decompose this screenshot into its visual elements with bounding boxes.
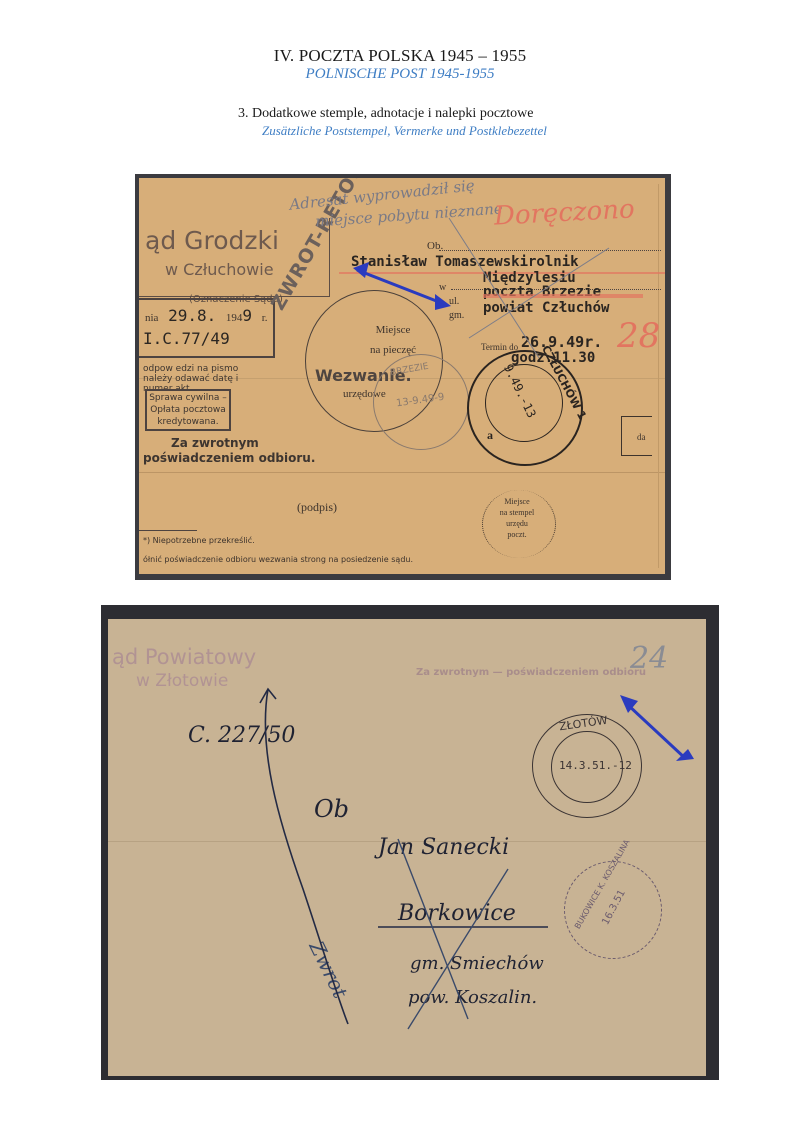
cross-stroke-1: [398, 839, 468, 1019]
blue-arrow-icon: [353, 262, 451, 310]
pencil-stroke: [469, 248, 609, 338]
cross-stroke-2: [408, 869, 508, 1029]
section-heading: 3. Dodatkowe stemple, adnotacje i nalepk…: [238, 106, 533, 122]
blue-arrow-icon: [620, 695, 694, 761]
envelope-zlotow: ąd Powiatowy w Złotowie Za zwrotnym — po…: [108, 619, 706, 1076]
annotation-overlay: [139, 178, 665, 574]
page-title-german: POLNISCHE POST 1945-1955: [0, 66, 800, 83]
annotation-overlay: [108, 619, 706, 1076]
pencil-stroke: [449, 218, 539, 358]
summons-card-czluchow: ąd Grodzki w Człuchowie (Oznaczenie Sądu…: [139, 178, 665, 574]
long-pen-stroke: [265, 689, 348, 1024]
page-title: IV. POCZTA POLSKA 1945 – 1955: [0, 46, 800, 66]
section-heading-german: Zusätzliche Poststempel, Vermerke und Po…: [262, 123, 547, 139]
